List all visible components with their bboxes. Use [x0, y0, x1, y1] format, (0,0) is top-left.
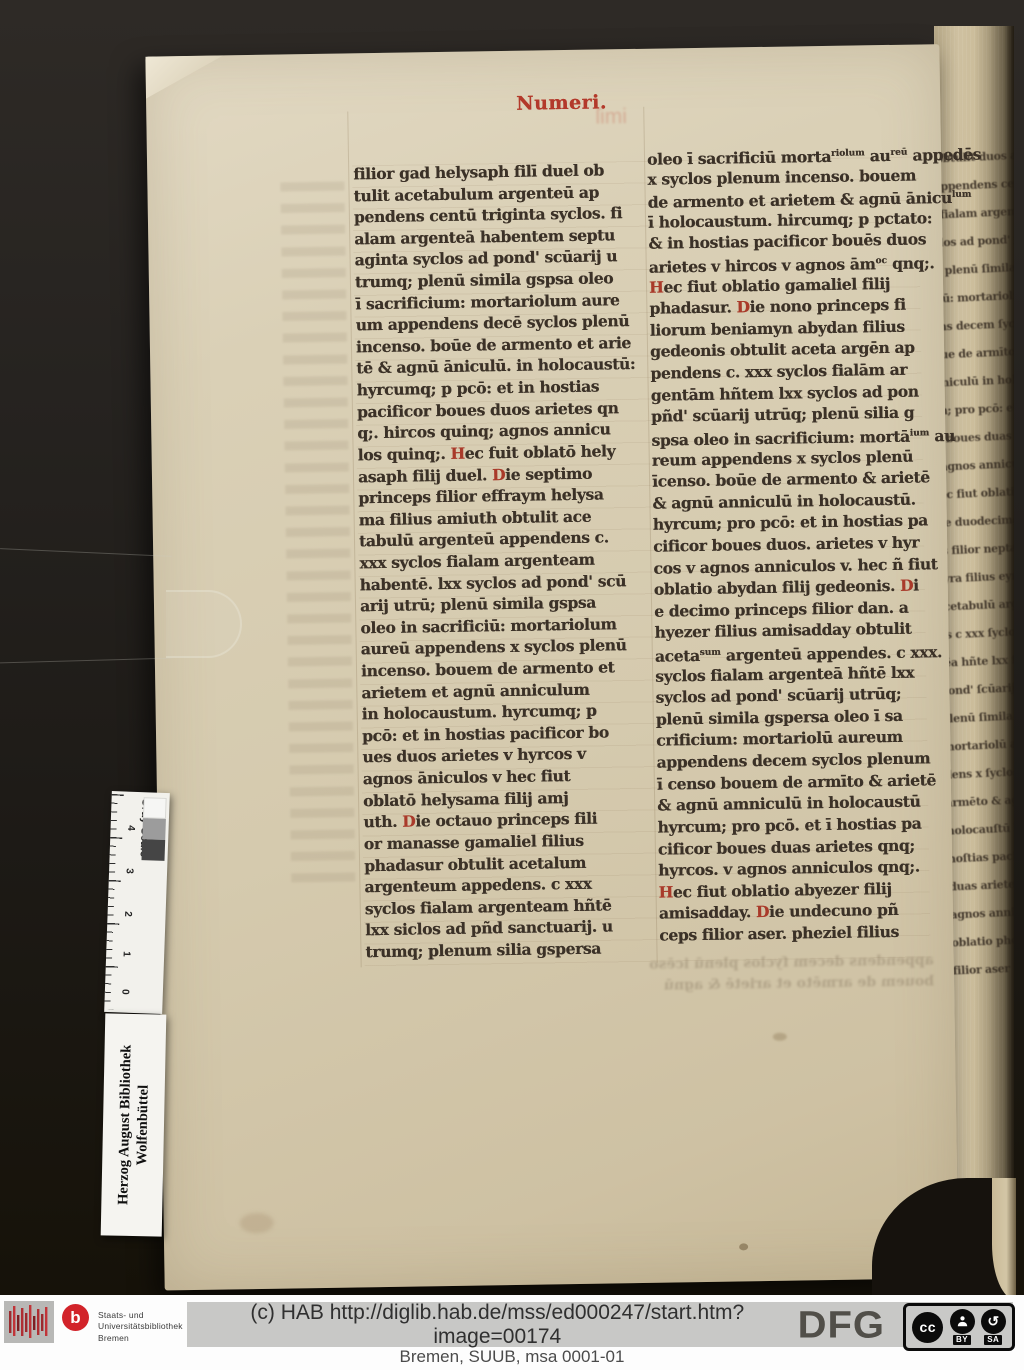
shelfmark-caption: Bremen, SUUB, msa 0001-01 — [0, 1347, 1024, 1367]
bremen-line: Staats- und — [98, 1310, 183, 1321]
share-alike-arrow-icon: ↺ — [981, 1309, 1006, 1334]
ruler-ticks — [104, 794, 124, 1009]
by-label: BY — [953, 1335, 971, 1345]
cc-by-block: BY — [950, 1309, 975, 1345]
bremen-line: Universitätsbibliothek — [98, 1321, 183, 1332]
swatch-dark — [141, 839, 165, 861]
cc-license-badge: cc BY ↺ SA — [903, 1303, 1015, 1351]
library-name-line1: Herzog August Bibliothek — [114, 1044, 135, 1205]
bremen-logo-letter: b — [70, 1308, 80, 1328]
page-holder-edge — [0, 658, 172, 664]
cc-sa-block: ↺ SA — [981, 1309, 1006, 1345]
page-holder-clip — [166, 590, 242, 658]
manuscript-page: Numeri. ſimi filior gad helysaph filī du… — [145, 44, 958, 1290]
running-title: Numeri. — [516, 91, 607, 114]
ruler-number: 0 — [119, 989, 130, 1001]
text-column-left: filior gad helysaph filī duel obtulit ac… — [353, 159, 662, 963]
running-title-showthrough: ſimi — [595, 105, 627, 129]
attribution-person-icon — [950, 1309, 975, 1334]
copyright-strip: (c) HAB http://diglib.hab.de/mss/ed00024… — [187, 1302, 1013, 1347]
swatch-gray — [142, 818, 166, 840]
copyright-url: (c) HAB http://diglib.hab.de/mss/ed00024… — [187, 1301, 798, 1349]
photo-area: ſci obtulit duos accetē appendens centū … — [0, 0, 1024, 1295]
red-bars-icon — [8, 1303, 50, 1341]
digitized-manuscript-scan: ſci obtulit duos accetē appendens centū … — [0, 0, 1024, 1370]
dfg-logo: DFG — [798, 1306, 885, 1344]
grayscale-calibration-card: 4 3 2 1 0 Gray Scale — [104, 791, 170, 1014]
cc-icon: cc — [912, 1312, 943, 1343]
page-holder-edge — [0, 548, 172, 557]
parchment-stain — [739, 1243, 748, 1250]
swatch-white — [143, 797, 167, 819]
bremen-line: Bremen — [98, 1333, 183, 1344]
parchment-stain — [773, 1033, 787, 1041]
ruler-number: 3 — [123, 868, 134, 880]
library-label-card: Herzog August Bibliothek Wolfenbüttel — [101, 1013, 167, 1236]
library-name: Herzog August Bibliothek Wolfenbüttel — [114, 1044, 154, 1205]
showthrough-margin — [280, 182, 355, 883]
parchment-stain — [240, 1213, 274, 1234]
text-column-right: oleo ī sacrificiū mortariolum aureū appe… — [647, 142, 956, 946]
hab-bars-logo — [4, 1301, 54, 1343]
bremen-logo-circle: b — [62, 1304, 89, 1331]
showthrough-bottom: appendens decem ſyclos plenū icēsobouem … — [374, 950, 935, 1001]
grayscale-swatches — [141, 797, 166, 861]
footer-bar: b Staats- und Universitätsbibliothek Bre… — [0, 1295, 1024, 1370]
ruler-number: 2 — [122, 911, 133, 923]
bremen-library-name: Staats- und Universitätsbibliothek Breme… — [98, 1310, 183, 1344]
page-corner-fold — [145, 55, 224, 98]
ruler-number: 4 — [125, 825, 136, 837]
ruler-number: 1 — [120, 951, 131, 963]
sa-label: SA — [984, 1335, 1002, 1345]
